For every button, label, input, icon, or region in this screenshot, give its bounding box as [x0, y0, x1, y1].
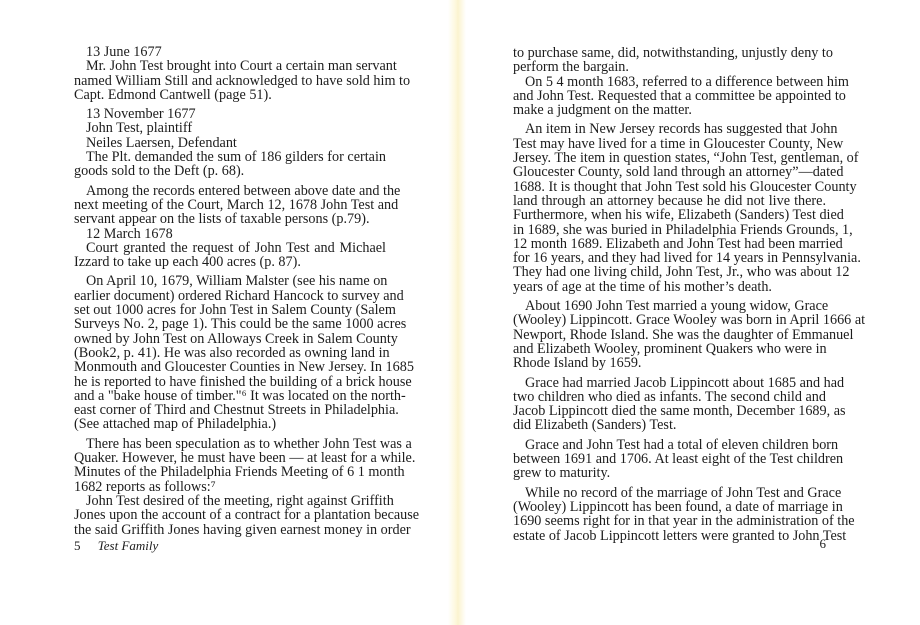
text-line: Test may have lived for a time in Glouce…	[513, 137, 826, 151]
text-line: perform the bargain.	[513, 60, 826, 74]
text-line: On April 10, 1679, William Malster (see …	[74, 274, 386, 288]
text-line: in 1689, she was buried in Philadelphia …	[513, 223, 826, 237]
text-line: set out 1000 acres for John Test in Sale…	[74, 303, 386, 317]
text-line: make a judgment on the matter.	[513, 103, 826, 117]
text-line: There has been speculation as to whether…	[74, 437, 386, 451]
text-line: and John Test. Requested that a committe…	[513, 89, 826, 103]
text-line: Minutes of the Philadelphia Friends Meet…	[74, 465, 386, 479]
text-line: goods sold to the Deft (p. 68).	[74, 164, 386, 178]
text-line: Jacob Lippincott died the same month, De…	[513, 404, 826, 418]
text-line: The Plt. demanded the sum of 186 gilders…	[74, 150, 386, 164]
text-line: (Book2, p. 41). He was also recorded as …	[74, 346, 386, 360]
text-line: he is reported to have finished the buil…	[74, 375, 386, 389]
text-line: two children who died as infants. The se…	[513, 390, 826, 404]
left-page-footer: 5 Test Family	[74, 539, 158, 553]
text-line: servant appear on the lists of taxable p…	[74, 212, 386, 226]
text-line: 12 March 1678	[74, 227, 386, 241]
text-line: Newport, Rhode Island. She was the daugh…	[513, 328, 826, 342]
text-line: for 16 years, and they had lived for 14 …	[513, 251, 826, 265]
text-line: On 5 4 month 1683, referred to a differe…	[513, 75, 826, 89]
text-line: next meeting of the Court, March 12, 167…	[74, 198, 386, 212]
text-line: 12 month 1689. Elizabeth and John Test h…	[513, 237, 826, 251]
text-line: Surveys No. 2, page 1). This could be th…	[74, 317, 386, 331]
left-page: 13 June 1677Mr. John Test brought into C…	[74, 0, 386, 625]
book-gutter	[448, 0, 466, 625]
text-line: Jersey. The item in question states, “Jo…	[513, 151, 826, 165]
right-page-footer: 6	[820, 537, 827, 551]
text-line: did Elizabeth (Sanders) Test.	[513, 418, 826, 432]
text-line: the said Griffith Jones having given ear…	[74, 523, 386, 537]
text-line: between 1691 and 1706. At least eight of…	[513, 452, 826, 466]
text-line: Izzard to take up each 400 acres (p. 87)…	[74, 255, 386, 269]
text-line: Jones upon the account of a contract for…	[74, 508, 386, 522]
text-line: (Wooley) Lippincott. Grace Wooley was bo…	[513, 313, 826, 327]
text-line: Court granted the request of John Test a…	[74, 241, 386, 255]
text-line: earlier document) ordered Richard Hancoc…	[74, 289, 386, 303]
text-line: Rhode Island by 1659.	[513, 356, 826, 370]
text-line: John Test, plaintiff	[74, 121, 386, 135]
text-line: Gloucester County, sold land through an …	[513, 165, 826, 179]
text-line: (Wooley) Lippincott has been found, a da…	[513, 500, 826, 514]
text-line: owned by John Test on Alloways Creek in …	[74, 332, 386, 346]
text-line: 13 November 1677	[74, 107, 386, 121]
page-number: 5	[74, 538, 81, 553]
text-line: 1682 reports as follows:⁷	[74, 480, 386, 494]
text-line: Neiles Laersen, Defendant	[74, 136, 386, 150]
text-line: 1690 seems right for in that year in the…	[513, 514, 826, 528]
text-line: Quaker. However, he must have been — at …	[74, 451, 386, 465]
text-line: Grace and John Test had a total of eleve…	[513, 438, 826, 452]
text-line: Among the records entered between above …	[74, 184, 386, 198]
text-line: named William Still and acknowledged to …	[74, 74, 386, 88]
text-line: Mr. John Test brought into Court a certa…	[74, 59, 386, 73]
book-spread: 13 June 1677Mr. John Test brought into C…	[0, 0, 920, 625]
text-line: and Elizabeth Wooley, prominent Quakers …	[513, 342, 826, 356]
right-page-text: to purchase same, did, notwithstanding, …	[513, 46, 826, 543]
text-line: estate of Jacob Lippincott letters were …	[513, 529, 826, 543]
text-line: John Test desired of the meeting, right …	[74, 494, 386, 508]
text-line: Grace had married Jacob Lippincott about…	[513, 376, 826, 390]
text-line: An item in New Jersey records has sugges…	[513, 122, 826, 136]
text-line: east corner of Third and Chestnut Street…	[74, 403, 386, 417]
text-line: land through an attorney because he did …	[513, 194, 826, 208]
page-number: 6	[820, 536, 827, 551]
text-line: Furthermore, when his wife, Elizabeth (S…	[513, 208, 826, 222]
text-line: While no record of the marriage of John …	[513, 486, 826, 500]
text-line: (See attached map of Philadelphia.)	[74, 417, 386, 431]
text-line: to purchase same, did, notwithstanding, …	[513, 46, 826, 60]
text-line: grew to maturity.	[513, 466, 826, 480]
text-line: Monmouth and Gloucester Counties in New …	[74, 360, 386, 374]
text-line: and a "bake house of timber."⁶ It was lo…	[74, 389, 386, 403]
text-line: Capt. Edmond Cantwell (page 51).	[74, 88, 386, 102]
right-page: to purchase same, did, notwithstanding, …	[513, 0, 826, 625]
text-line: About 1690 John Test married a young wid…	[513, 299, 826, 313]
text-line: years of age at the time of his mother’s…	[513, 280, 826, 294]
text-line: 1688. It is thought that John Test sold …	[513, 180, 826, 194]
text-line: They had one living child, John Test, Jr…	[513, 265, 826, 279]
left-page-text: 13 June 1677Mr. John Test brought into C…	[74, 45, 386, 537]
running-title: Test Family	[98, 538, 159, 553]
text-line: 13 June 1677	[74, 45, 386, 59]
